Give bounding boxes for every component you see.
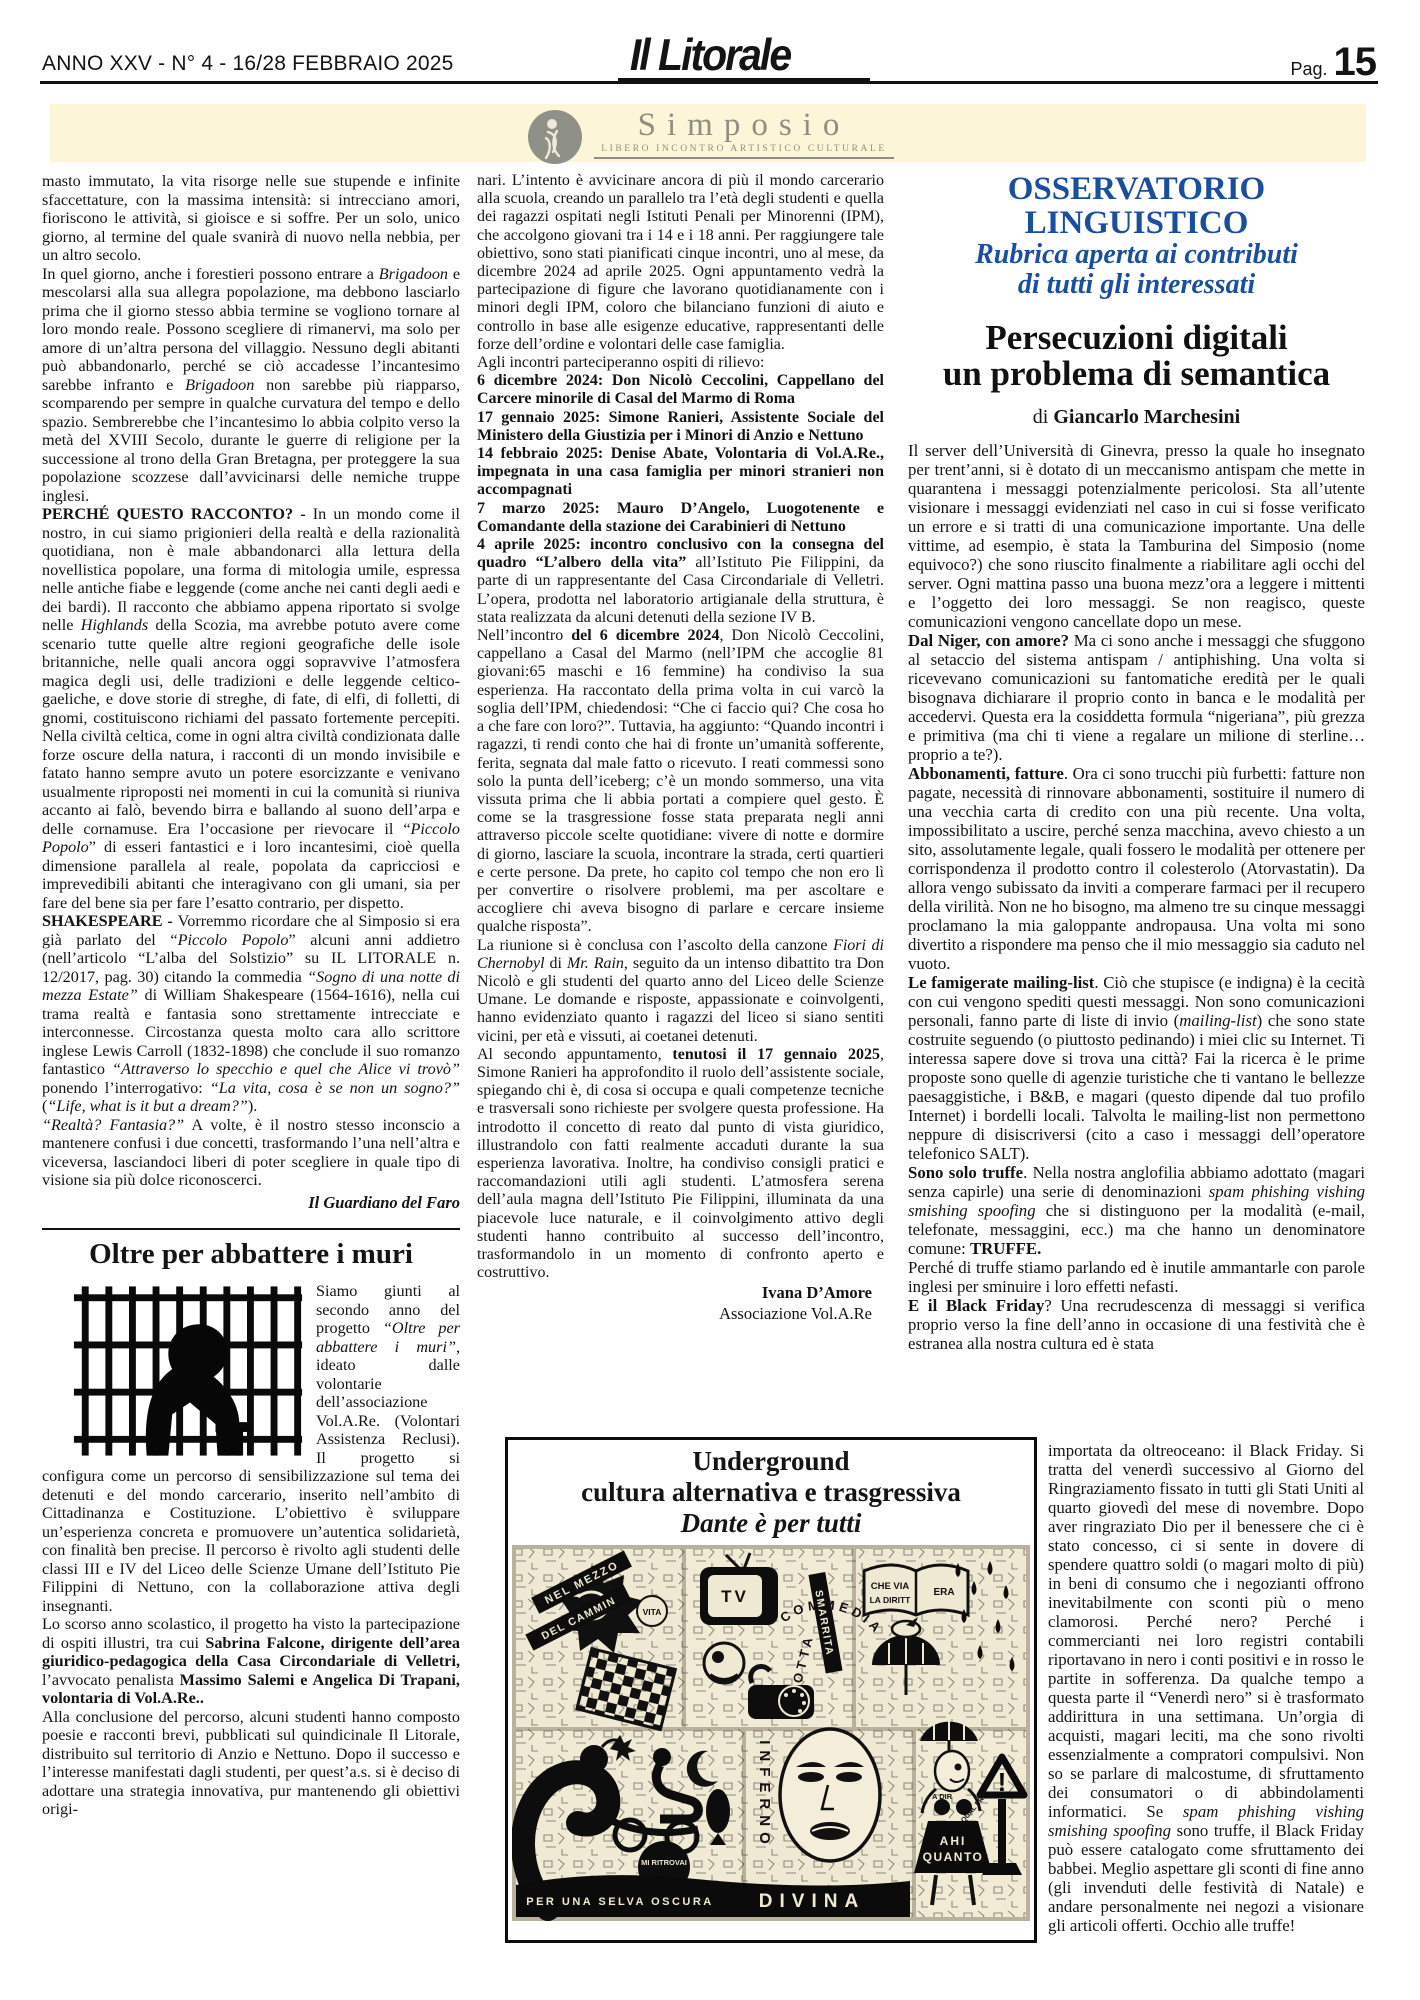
paragraph: Le famigerate mailing-list. Ciò che stup… [908,973,1365,1163]
newspaper-page: ANNO XXV - N° 4 - 16/28 FEBBRAIO 2025 Il… [0,0,1420,2000]
artwork-word: PER UNA SELVA OSCURA [526,1896,714,1908]
column-right: OSSERVATORIO LINGUISTICO Rubrica aperta … [908,172,1365,1434]
volare-article-body: nari. L’intento è avvicinare ancora di p… [477,172,884,1282]
simposio-title: Simposio [638,108,851,142]
paragraph: La riunione si è conclusa con l’ascolto … [477,937,884,1046]
paragraph: importata da oltreoceano: il Black Frida… [1048,1441,1364,1935]
paragraph: masto immutato, la vita risorge nelle su… [42,172,460,265]
simposio-logo: Simposio LIBERO INCONTRO ARTISTICO CULTU… [0,108,1420,166]
article-title-line1: Persecuzioni digitali [908,320,1365,356]
article-title-line2: un problema di semantica [908,356,1365,392]
artwork-word: VITA [643,1607,662,1617]
simposio-subtitle: LIBERO INCONTRO ARTISTICO CULTURALE [601,144,887,154]
byline-name: Giancarlo Marchesini [1053,406,1240,428]
artwork-word: AHI [940,1834,967,1848]
paragraph: Sono solo truffe. Nella nostra anglofili… [908,1163,1365,1258]
brigadoon-article-body: masto immutato, la vita risorge nelle su… [42,172,460,1190]
underground-box: Underground cultura alternativa e trasgr… [505,1437,1037,1943]
association-signoff: Associazione Vol.A.Re [477,1305,872,1323]
paragraph: PERCHÉ QUESTO RACCONTO? - In un mondo co… [42,505,460,912]
underground-title: Underground [508,1446,1034,1477]
paragraph: Dal Niger, con amore? Ma ci sono anche i… [908,631,1365,764]
page-label: Pag. [1290,59,1327,80]
artwork-word: LA DIRITT [870,1595,912,1605]
byline-prefix: di [1033,406,1054,428]
paragraph: Nell’incontro del 6 dicembre 2024, Don N… [477,627,884,936]
rubric-kicker: OSSERVATORIO LINGUISTICO [908,172,1365,240]
svg-text:!: ! [998,1767,1007,1797]
artwork-word: QUANTO [923,1850,984,1864]
artwork-word: A DIR [932,1792,953,1801]
paragraph: “Realtà? Fantasia?” A volte, è il nostro… [42,1116,460,1190]
rubric-subtitle-line1: Rubrica aperta ai contributi [908,240,1365,270]
paragraph: Perché di truffe stiamo parlando ed è in… [908,1258,1365,1296]
paragraph: 6 dicembre 2024: Don Nicolò Ceccolini, C… [477,372,884,408]
paragraph: 17 gennaio 2025: Simone Ranieri, Assiste… [477,409,884,445]
paragraph: In quel giorno, anche i forestieri posso… [42,265,460,506]
dante-mural-artwork: NEL MEZZO DEL CAMMIN VITA TV SM [512,1545,1030,1921]
underground-subtitle: cultura alternativa e trasgressiva [508,1477,1034,1508]
artwork-word: MI RITROVAI [641,1858,687,1867]
paragraph: 7 marzo 2025: Mauro D’Angelo, Luogotenen… [477,500,884,536]
paragraph: Lo scorso anno scolastico, il progetto h… [42,1615,460,1708]
paragraph: E il Black Friday? Una recrudescenza di … [908,1296,1365,1353]
byline: di Giancarlo Marchesini [908,406,1365,429]
underground-subtitle-italic: Dante è per tutti [508,1508,1034,1539]
paragraph: 4 aprile 2025: incontro conclusivo con l… [477,536,884,627]
osservatorio-article-wide: Il server dell’Università di Ginevra, pr… [908,441,1365,1353]
article-signoff: Il Guardiano del Faro [42,1194,460,1213]
artwork-word: INFERNO [756,1740,773,1850]
page-number: 15 [1334,40,1377,85]
paragraph: Il server dell’Università di Ginevra, pr… [908,441,1365,631]
section-divider [42,1228,460,1230]
osservatorio-article-narrow: importata da oltreoceano: il Black Frida… [1048,1441,1364,1981]
column-left: masto immutato, la vita risorge nelle su… [42,172,460,1994]
artwork-word: DIVINA [759,1891,865,1912]
newspaper-logo: Il Litorale [0,30,1420,81]
column-middle: nari. L’intento è avvicinare ancora di p… [477,172,884,1434]
artwork-word: CHE VIA [871,1581,910,1592]
simposio-emblem-icon [526,108,584,166]
paragraph: Abbonamenti, fatture. Ora ci sono trucch… [908,764,1365,973]
paragraph: nari. L’intento è avvicinare ancora di p… [477,172,884,354]
rubric-subtitle-line2: di tutti gli interessati [908,270,1365,300]
author-signoff: Ivana D’Amore [477,1284,872,1302]
paragraph: SHAKESPEARE - Vorremmo ricordare che al … [42,912,460,1116]
simposio-underline [594,157,894,159]
prisoner-behind-bars-photo [70,1284,306,1458]
page-number-block: Pag. 15 [1290,40,1376,85]
muri-article-body: Siamo giunti al secondo anno del progett… [42,1282,460,1819]
artwork-word: TV [721,1587,749,1606]
paragraph: 14 febbraio 2025: Denise Abate, Volontar… [477,445,884,500]
masthead-rule [40,81,1378,84]
paragraph: Agli incontri parteciperanno ospiti di r… [477,354,884,372]
paragraph: Alla conclusione del percorso, alcuni st… [42,1708,460,1819]
muri-headline: Oltre per abbattere i muri [42,1238,460,1270]
artwork-word: ERA [933,1587,954,1598]
paragraph: Al secondo appuntamento, tenutosi il 17 … [477,1046,884,1283]
